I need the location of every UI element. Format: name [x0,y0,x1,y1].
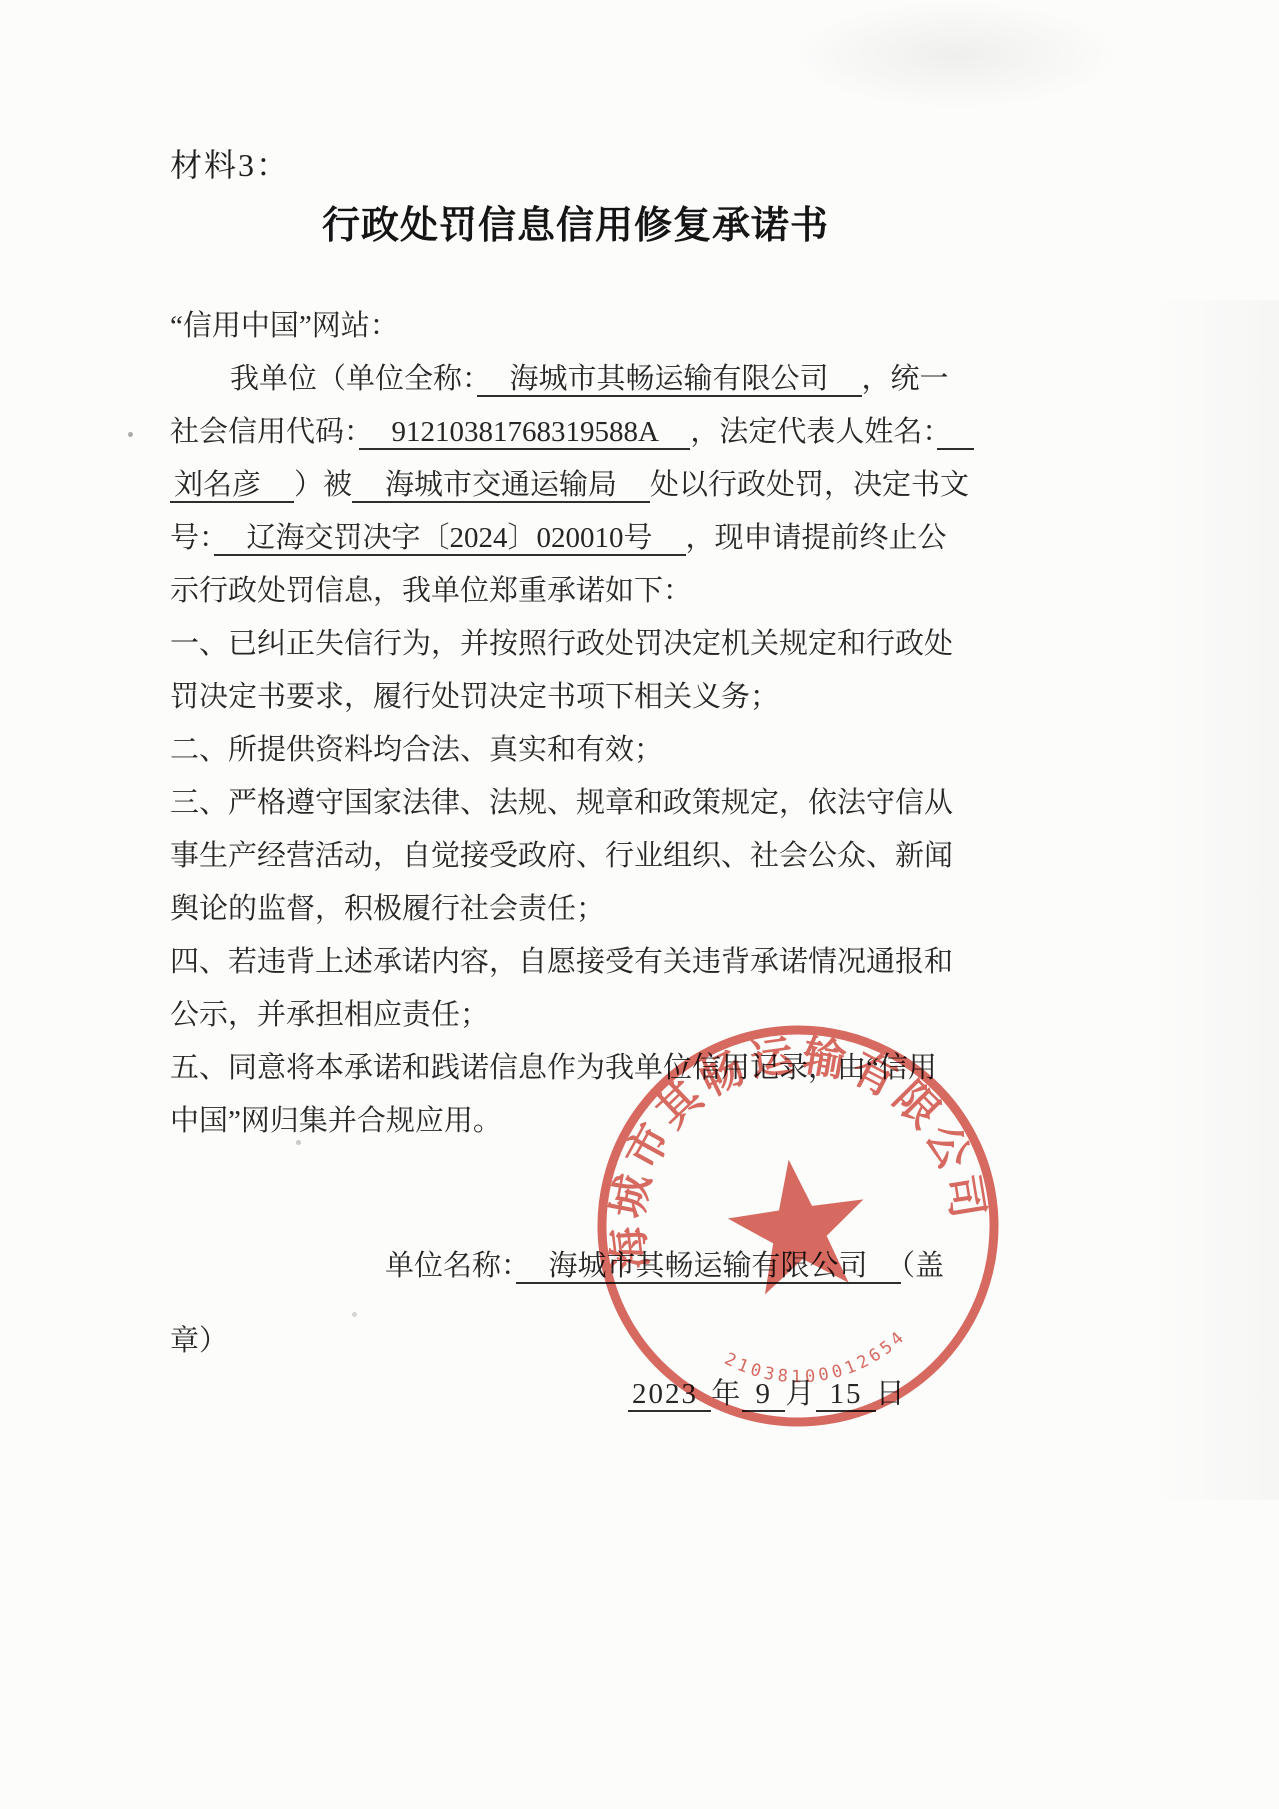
fill-in-blank: 海城市交通运输局 [352,469,650,503]
body-line: 中国”网归集并合规应用。 [170,1095,970,1148]
page-title: 行政处罚信息信用修复承诺书 [322,194,829,249]
text-segment: 单位名称： [385,1250,516,1282]
unit-name-wrap-line: 章） [170,1315,990,1368]
fill-in-blank: 2023 [628,1378,711,1412]
body-line: 我单位（单位全称： 海城市其畅运输有限公司 ，统一 [170,353,970,406]
body-line: 二、所提供资料均合法、真实和有效； [170,724,970,777]
fill-in-blank: 15 [816,1378,876,1412]
text-segment: 事生产经营活动，自觉接受政府、行业组织、社会公众、新闻 [170,840,953,872]
date-line: 2023 年 9 月 15 日 [628,1368,907,1421]
body-line: 刘名彦 ）被 海城市交通运输局 处以行政处罚，决定书文 [170,459,970,512]
fill-in-blank [937,416,974,450]
fill-in-blank: 辽海交罚决字〔2024〕020010号 [214,522,686,556]
body-line: 社会信用代码： 91210381768319588A ，法定代表人姓名： [170,406,970,459]
body-line: 示行政处罚信息，我单位郑重承诺如下： [170,565,970,618]
fill-in-blank: 海城市其畅运输有限公司 [516,1250,901,1284]
text-segment: 一、已纠正失信行为，并按照行政处罚决定机关规定和行政处 [170,628,953,660]
text-segment: 年 [711,1378,742,1410]
body-line: 四、若违背上述承诺内容，自愿接受有关违背承诺情况通报和 [170,936,970,989]
scan-shading [1150,300,1279,1500]
text-segment: 四、若违背上述承诺内容，自愿接受有关违背承诺情况通报和 [170,946,953,978]
body-line: 舆论的监督，积极履行社会责任； [170,883,970,936]
body-line: 三、严格遵守国家法律、法规、规章和政策规定，依法守信从 [170,777,970,830]
text-segment: 示行政处罚信息，我单位郑重承诺如下： [170,575,692,607]
document-page: 材料3： 行政处罚信息信用修复承诺书 “信用中国”网站：我单位（单位全称： 海城… [0,0,1279,1809]
text-segment: 月 [785,1378,816,1410]
text-segment: ，现申请提前终止公 [686,522,947,554]
salutation-line: “信用中国”网站： [170,300,970,353]
text-segment: 日 [876,1378,907,1410]
text-segment: 二、所提供资料均合法、真实和有效； [170,734,663,766]
body-line: 五、同意将本承诺和践诺信息作为我单位信用记录，由“信用 [170,1042,970,1095]
body-line: 号： 辽海交罚决字〔2024〕020010号 ，现申请提前终止公 [170,512,970,565]
fill-in-blank: 91210381768319588A [359,416,691,450]
scan-smudge [790,0,1120,110]
text-segment: “信用中国”网站： [170,310,399,342]
date-block: 2023 年 9 月 15 日 [628,1368,907,1421]
text-segment: 三、严格遵守国家法律、法规、规章和政策规定，依法守信从 [170,787,953,819]
body-line: 罚决定书要求，履行处罚决定书项下相关义务； [170,671,970,724]
text-segment: 罚决定书要求，履行处罚决定书项下相关义务； [170,681,779,713]
text-segment: ）被 [294,469,352,501]
fill-in-blank: 刘名彦 [170,469,294,503]
text-segment: 社会信用代码： [170,416,359,448]
text-segment: （盖 [901,1250,945,1282]
text-segment: ，统一 [862,363,949,395]
fill-in-blank: 海城市其畅运输有限公司 [477,363,862,397]
text-segment: 五、同意将本承诺和践诺信息作为我单位信用记录，由“信用 [170,1052,937,1084]
text-segment: 公示，并承担相应责任； [170,999,489,1031]
text-segment: 章） [170,1325,228,1357]
text-segment: ，法定代表人姓名： [690,416,937,448]
body-line: 事生产经营活动，自觉接受政府、行业组织、社会公众、新闻 [170,830,970,883]
body-line: 公示，并承担相应责任； [170,989,970,1042]
document-body: “信用中国”网站：我单位（单位全称： 海城市其畅运输有限公司 ，统一社会信用代码… [170,300,970,1148]
material-label: 材料3： [170,140,290,186]
scan-speck [128,432,133,437]
text-segment: 舆论的监督，积极履行社会责任； [170,893,605,925]
unit-name-line: 单位名称： 海城市其畅运输有限公司 （盖 [170,1240,990,1293]
fill-in-blank: 9 [742,1378,785,1412]
text-segment: 处以行政处罚，决定书文 [650,469,969,501]
text-segment: 号： [170,522,214,554]
text-segment: 我单位（单位全称： [230,363,477,395]
body-line: 一、已纠正失信行为，并按照行政处罚决定机关规定和行政处 [170,618,970,671]
text-segment: 中国”网归集并合规应用。 [170,1105,502,1137]
signature-block: 单位名称： 海城市其畅运输有限公司 （盖章） [170,1240,990,1368]
